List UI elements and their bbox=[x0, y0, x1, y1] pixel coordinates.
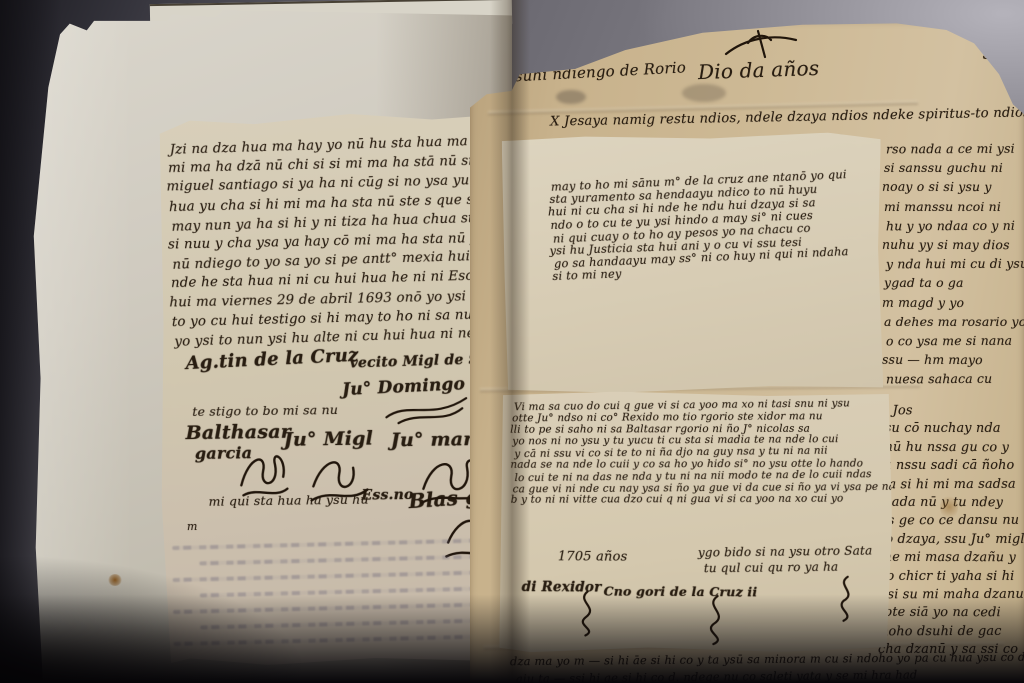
page-number: 3 bbox=[982, 44, 992, 63]
smudge bbox=[682, 84, 726, 102]
date-line: 1705 años bbox=[558, 549, 628, 564]
overlay-sheet-1: may to ho mi sānu m° de la cruz ane ntan… bbox=[502, 132, 884, 394]
handwriting-line: co dzaya, ssu Ju° migl bbox=[878, 531, 1024, 549]
handwriting-line: hu y yo ndaa co y ni bbox=[886, 215, 1024, 235]
handwriting-line: m magd y yo bbox=[882, 292, 1024, 312]
signature-cruz-right: Cno gori de la Cruz ii bbox=[604, 584, 758, 600]
closing-line-1: ygo bido si na ysu otro Sata bbox=[698, 543, 873, 559]
left-manuscript-page: Jzi na dza hua ma hay yo nū hu sta hua m… bbox=[154, 110, 518, 667]
overlay-sheet-2: Vi ma sa cuo do cui q gue vi si ca yoo m… bbox=[499, 391, 892, 655]
margin-mark: m bbox=[187, 520, 198, 533]
handwriting-line: ñoho dsuhi de gac bbox=[880, 623, 1024, 642]
handwriting-line: a dehes ma rosario yo bbox=[884, 312, 1024, 331]
smudge bbox=[556, 90, 586, 104]
handwriting-line: es ge co ce dansu nu bbox=[880, 512, 1024, 531]
handwriting-line: no chicr ti yaha si hi bbox=[878, 568, 1024, 586]
right-page: testamento ysuhi ndiengo de Rorio Dio da… bbox=[470, 14, 1024, 683]
signature-balthasar: Balthasar bbox=[185, 421, 291, 444]
handwriting-line: ssu cō nuchay nda bbox=[878, 420, 1024, 438]
paragraph-2: Vi ma sa cuo do cui q gue vi si ca yoo m… bbox=[512, 399, 885, 508]
handwriting-line: mi manssu ncoi ni bbox=[884, 197, 1024, 216]
stain bbox=[108, 574, 122, 586]
header-date-note: Dio da años bbox=[698, 56, 820, 84]
witness-line: te stigo to bo mi sa nu bbox=[192, 402, 338, 419]
right-page-subtitle: ysuhi ndiengo de Rorio bbox=[506, 58, 687, 85]
handwriting-line: akada nū y tu ndey bbox=[876, 494, 1024, 513]
signature-rubric bbox=[573, 589, 603, 639]
handwriting-line: o co ysa me si nana bbox=[886, 331, 1024, 351]
bottom-line: dza ma yo m — si hi āe si hi co y ta ysū… bbox=[510, 650, 1024, 668]
handwriting-line: noay o si si ysu y bbox=[882, 177, 1024, 197]
right-margin-column-bottom: 2 Josssu cō nuchay ndai nū hu nssa gu co… bbox=[878, 402, 1024, 660]
handwriting-line: lli to pe si saho ni sa Baltasar rgorio … bbox=[510, 423, 882, 436]
handwriting-line: ygad ta o ga bbox=[884, 273, 1024, 292]
signature-juan-miguel: Ju° Migl bbox=[284, 427, 374, 450]
handwriting-line: y nda hui mi cu di ysu bbox=[886, 254, 1024, 274]
cross-mark bbox=[718, 28, 802, 60]
paragraph-1: may to ho mi sānu m° de la cruz ane ntan… bbox=[549, 168, 877, 284]
handwriting-line: tu nssu sadi cā ñoho bbox=[878, 457, 1024, 475]
right-page-title: testamento bbox=[514, 41, 602, 65]
photo-of-manuscript: Jzi na dza hua ma hay yo nū hu sta hua m… bbox=[0, 0, 1024, 683]
handwriting-line: nuesa sahaca cu bbox=[886, 369, 1024, 389]
handwriting-line: 2 Jos bbox=[880, 402, 1024, 421]
signature-rubric bbox=[831, 575, 861, 625]
handwriting-line: ssu — hm mayo bbox=[882, 350, 1024, 370]
handwriting-line: nuhu yy si may dios bbox=[882, 235, 1024, 255]
left-page-body: Jzi na dza hua ma hay yo nū hu sta hua m… bbox=[167, 132, 504, 351]
handwriting-line: note siā yo na cedi bbox=[876, 604, 1024, 623]
handwriting-line: ha si hi mi ma sadsa bbox=[880, 475, 1024, 494]
invocation-line: X Jesaya namig restu ndios, ndele dzaya … bbox=[550, 105, 1024, 129]
closing-line-2: tu qul cui qu ro ya ha bbox=[704, 560, 839, 576]
signature-rubric bbox=[699, 594, 733, 648]
signature-rubric bbox=[309, 450, 370, 509]
right-margin-column-top: rso nada a ce mi ysisi sanssu guchu nino… bbox=[884, 139, 1024, 389]
handwriting-line: i nū hu nssa gu co y bbox=[876, 439, 1024, 458]
signature-rubric bbox=[384, 390, 468, 425]
handwriting-line: si sanssu guchu ni bbox=[884, 158, 1024, 177]
handwriting-line: ene mi masa dzañu y bbox=[876, 549, 1024, 568]
handwriting-line: rso nada a ce mi ysi bbox=[886, 139, 1024, 159]
bottom-line: aiu ta — ssi hi ae si hi co d. ndege nu … bbox=[516, 666, 1024, 683]
handwriting-line: ysi su mi maha dzanu bbox=[880, 586, 1024, 605]
signature-rubric bbox=[237, 445, 290, 504]
handwriting-line: b y to ni ni vitte cua dzo cui q ni gua … bbox=[511, 494, 883, 507]
signature-juan-maria: Ju° mar bbox=[391, 428, 474, 451]
